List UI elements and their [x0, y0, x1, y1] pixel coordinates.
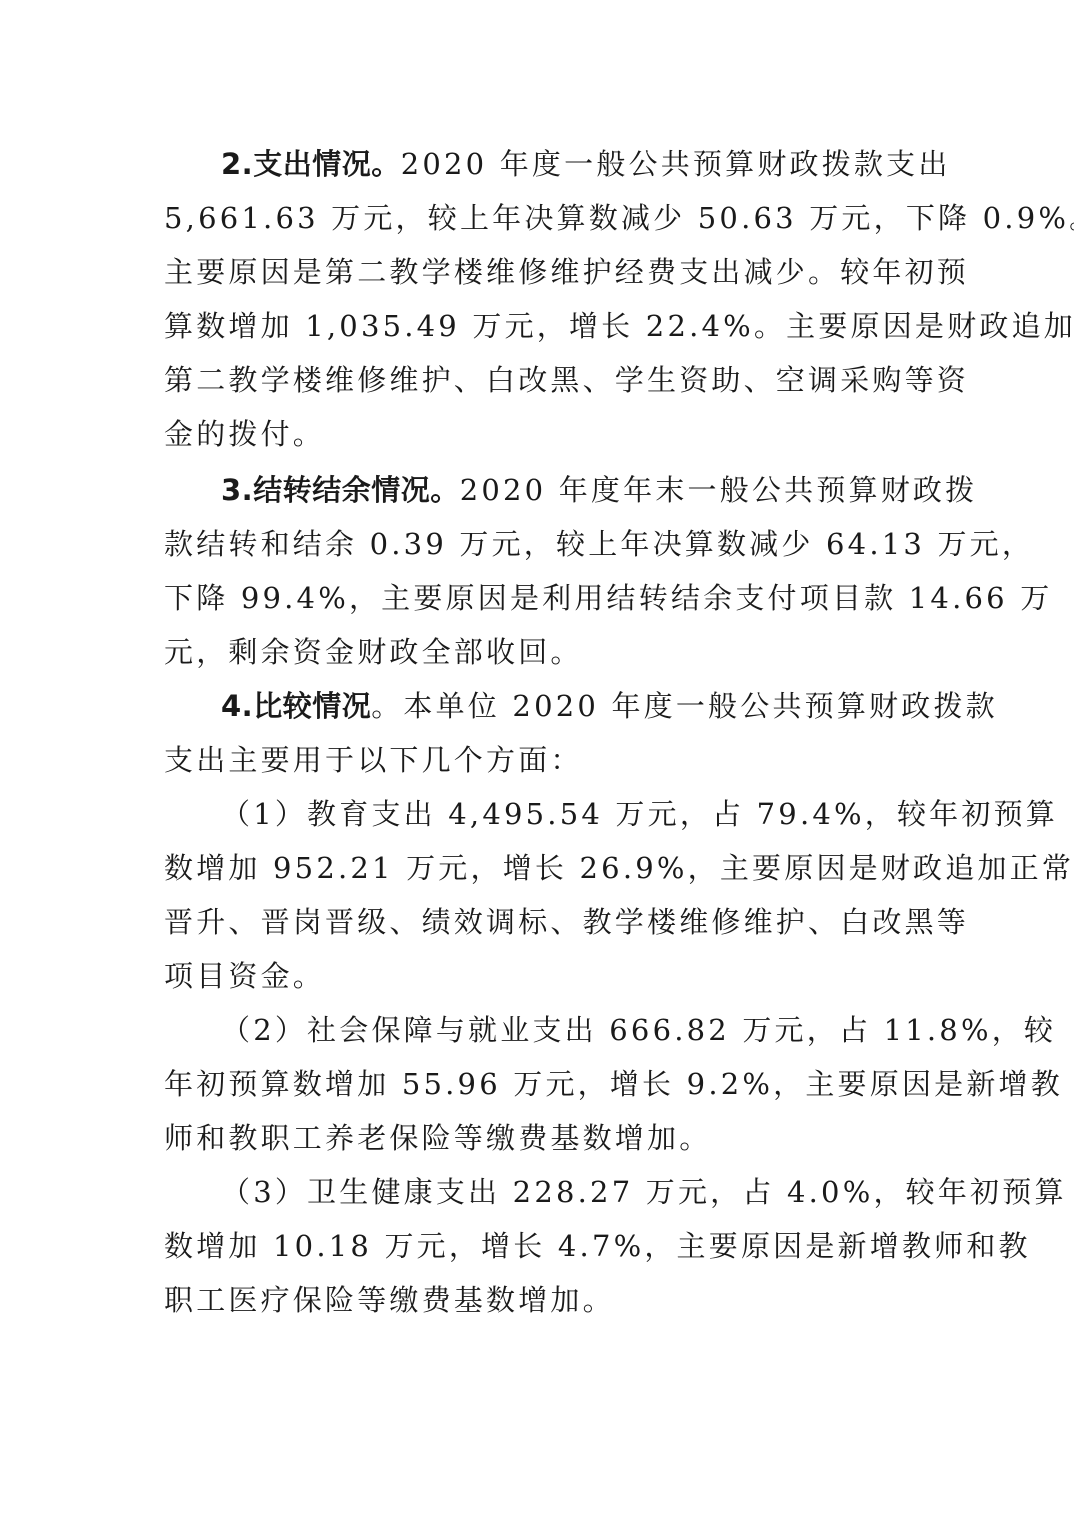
paragraph-line: 数增加 10.18 万元，增长 4.7%，主要原因是新增教师和教 [164, 1219, 1031, 1273]
paragraph-line: 主要原因是第二教学楼维修维护经费支出减少。较年初预 [164, 245, 969, 299]
list-item-social-security-line-1: （2）社会保障与就业支出 666.82 万元，占 11.8%，较 [221, 1003, 1056, 1057]
list-item-health-line-1: （3）卫生健康支出 228.27 万元，占 4.0%，较年初预算 [221, 1165, 1067, 1219]
paragraph-text: 2020 年度年末一般公共预算财政拨 [460, 473, 978, 507]
paragraph-line: 款结转和结余 0.39 万元，较上年决算数减少 64.13 万元， [164, 517, 1034, 571]
paragraph-text: 。本单位 2020 年度一般公共预算财政拨款 [371, 689, 998, 723]
paragraph-line: 晋升、晋岗晋级、绩效调标、教学楼维修维护、白改黑等 [164, 895, 969, 949]
paragraph-line: 职工医疗保险等缴费基数增加。 [164, 1273, 615, 1327]
paragraph-line: 项目资金。 [164, 949, 325, 1003]
paragraph-line: 师和教职工养老保险等缴费基数增加。 [164, 1111, 711, 1165]
paragraph-line: 年初预算数增加 55.96 万元，增长 9.2%，主要原因是新增教 [164, 1057, 1063, 1111]
section-heading-carryover: 3.结转结余情况。 [221, 473, 460, 507]
paragraph-text: 2020 年度一般公共预算财政拨款支出 [401, 147, 951, 181]
paragraph-line: 5,661.63 万元，较上年决算数减少 50.63 万元，下降 0.9%。 [164, 191, 1074, 245]
list-item-education-line-1: （1）教育支出 4,495.54 万元，占 79.4%，较年初预算 [221, 787, 1058, 841]
section-comparison-line-1: 4.比较情况。本单位 2020 年度一般公共预算财政拨款 [221, 679, 998, 733]
section-carryover-line-1: 3.结转结余情况。2020 年度年末一般公共预算财政拨 [221, 463, 977, 517]
section-heading-comparison: 4.比较情况 [221, 689, 371, 723]
section-expenditure-line-1: 2.支出情况。2020 年度一般公共预算财政拨款支出 [221, 137, 951, 191]
paragraph-line: 数增加 952.21 万元，增长 26.9%，主要原因是财政追加正常 [164, 841, 1074, 895]
paragraph-line: 金的拨付。 [164, 407, 325, 461]
section-heading-expenditure: 2.支出情况。 [221, 147, 401, 181]
paragraph-line: 元，剩余资金财政全部收回。 [164, 625, 583, 679]
paragraph-line: 支出主要用于以下几个方面： [164, 733, 583, 787]
document-page: 2.支出情况。2020 年度一般公共预算财政拨款支出 5,661.63 万元，较… [0, 0, 1074, 1520]
paragraph-line: 算数增加 1,035.49 万元，增长 22.4%。主要原因是财政追加 [164, 299, 1074, 353]
paragraph-line: 下降 99.4%，主要原因是利用结转结余支付项目款 14.66 万 [164, 571, 1052, 625]
paragraph-line: 第二教学楼维修维护、白改黑、学生资助、空调采购等资 [164, 353, 969, 407]
